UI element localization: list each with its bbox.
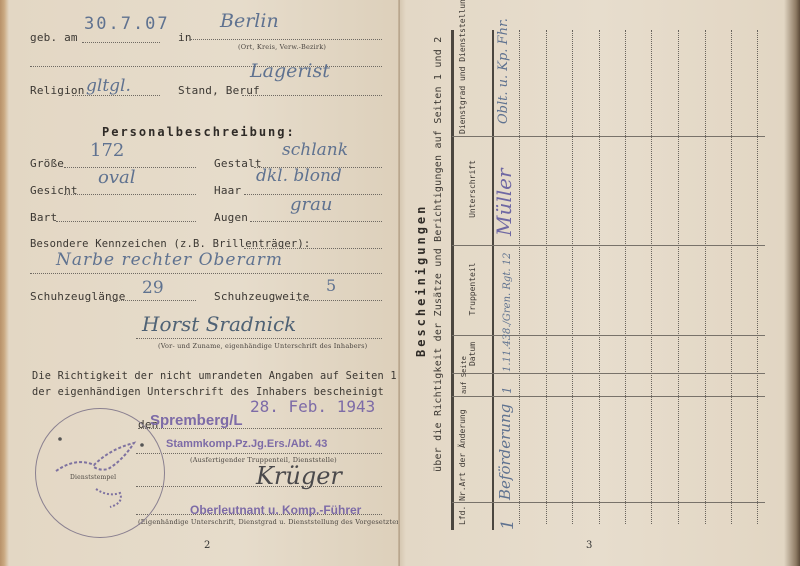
row-line — [651, 30, 652, 524]
holder-signature: Horst Sradnick — [142, 312, 296, 336]
eagle-emblem-icon — [36, 409, 164, 537]
right-page: Bescheinigungen über die Richtigkeit der… — [400, 0, 800, 566]
certifications-title: Bescheinigungen — [414, 204, 428, 357]
shoe-width-value: 5 — [326, 276, 336, 295]
col-sep — [452, 245, 765, 246]
born-in-label: in — [178, 31, 192, 44]
table-header-border — [492, 30, 494, 530]
col-header-dienstgrad: Dienstgrad und Dienststellung — [458, 30, 468, 134]
page-number-right: 3 — [586, 540, 592, 551]
personal-description-title: Personalbeschreibung: — [102, 125, 296, 139]
shoe-width-label: Schuhzeugweite — [214, 290, 310, 303]
hair-value: dkl. blond — [256, 166, 342, 186]
col-header-truppenteil: Truppenteil — [468, 245, 478, 333]
build-label: Gestalt — [214, 157, 262, 170]
row1-lfd-nr: 1 — [498, 519, 518, 530]
height-label: Größe — [30, 157, 64, 170]
row-line — [625, 30, 626, 524]
born-on-value: 30.7.07 — [84, 14, 170, 34]
religion-value: gltgl. — [86, 76, 131, 96]
row-line — [599, 30, 600, 524]
born-in-line — [190, 39, 382, 40]
hair-label: Haar — [214, 184, 241, 197]
page-number-left: 2 — [204, 540, 210, 551]
born-in-value: Berlin — [220, 10, 279, 32]
holder-signature-caption: (Vor- und Zuname, eigenhändige Unterschr… — [158, 342, 367, 350]
born-on-label: geb. am — [30, 31, 78, 44]
left-page: geb. am 30.7.07 in Berlin (Ort, Kreis, V… — [0, 0, 400, 566]
face-value: oval — [98, 167, 136, 188]
col-sep — [452, 136, 765, 137]
col-header-unterschrift: Unterschrift — [468, 135, 478, 243]
table-outer-border — [451, 30, 454, 530]
officer-rank-line — [136, 514, 382, 515]
col-sep — [452, 373, 765, 374]
row1-unterschrift: Müller — [492, 168, 516, 236]
col-header-art: Art der Änderung — [458, 398, 468, 498]
build-value: schlank — [282, 140, 348, 160]
marks-line-2 — [30, 273, 382, 274]
row-line — [572, 30, 573, 524]
shoe-length-value: 29 — [142, 278, 164, 298]
official-seal-label: Dienststempel — [70, 474, 116, 481]
marks-value: Narbe rechter Oberarm — [56, 250, 283, 270]
row-line — [678, 30, 679, 524]
face-label: Gesicht — [30, 184, 78, 197]
marks-line — [244, 248, 382, 249]
eyes-line — [250, 221, 382, 222]
shoe-length-line — [110, 300, 196, 301]
certifications-subtitle: über die Richtigkeit der Zusätze und Ber… — [433, 37, 444, 472]
shoe-width-line — [296, 300, 382, 301]
eyes-value: grau — [290, 194, 332, 215]
officer-signature-line — [136, 486, 382, 487]
row-line — [546, 30, 547, 524]
date-stamp: 28. Feb. 1943 — [250, 397, 375, 416]
row-line — [757, 30, 758, 524]
row1-truppenteil: 8./Gren. Rgt. 12 — [502, 253, 513, 334]
row-line — [731, 30, 732, 524]
row1-art: Beförderung — [496, 404, 514, 500]
col-sep — [452, 335, 765, 336]
beard-line — [56, 221, 196, 222]
row-line — [519, 30, 520, 524]
holder-signature-line — [136, 338, 382, 339]
col-header-datum: Datum — [468, 336, 478, 372]
beard-label: Bart — [30, 211, 57, 224]
certification-text-line1: Die Richtigkeit der nicht umrandeten Ang… — [32, 370, 461, 382]
col-sep — [452, 502, 765, 503]
occupation-line — [242, 95, 382, 96]
occupation-value: Lagerist — [250, 60, 330, 82]
col-sep — [452, 396, 765, 397]
row1-seite: 1 — [500, 386, 514, 394]
born-on-line — [82, 42, 160, 43]
col-header-lfd-nr: Lfd. Nr. — [458, 503, 468, 525]
row1-datum: 1.11.43 — [502, 334, 513, 372]
unit-stamp: Stammkomp.Pz.Jg.Ers./Abt. 43 — [166, 438, 327, 450]
face-line — [64, 194, 196, 195]
row-line — [705, 30, 706, 524]
eyes-label: Augen — [214, 211, 248, 224]
born-in-hint: (Ort, Kreis, Verw.-Bezirk) — [238, 43, 326, 51]
row1-dienstgrad: Oblt. u. Kp. Fhr. — [496, 18, 511, 124]
officer-caption: (Eigenhändige Unterschrift, Dienstgrad u… — [138, 518, 403, 526]
unit-line — [136, 453, 382, 454]
col-header-seite: auf Seite — [460, 372, 469, 394]
official-seal — [35, 408, 165, 538]
shoe-length-label: Schuhzeuglänge — [30, 290, 126, 303]
height-value: 172 — [90, 140, 124, 161]
